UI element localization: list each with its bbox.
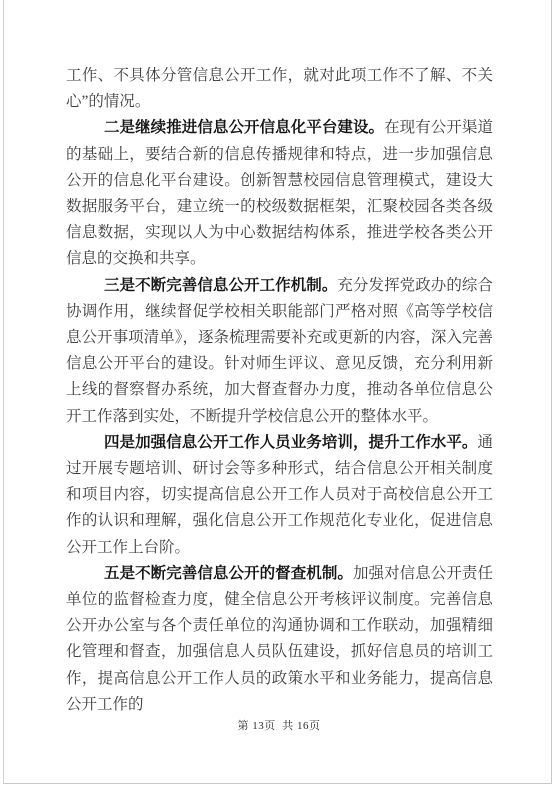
page-footer: 第 13页 共 16页 (0, 716, 558, 734)
paragraph: 四是加强信息公开工作人员业务培训，提升工作水平。通过开展专题培训、研讨会等多种形… (66, 430, 493, 561)
heading-run: 三是不断完善信息公开工作机制。 (104, 277, 337, 294)
text-run: 在现有公开渠道的基础上，要结合新的信息传播规律和特点，进一步加强信息公开的信息化… (66, 119, 493, 267)
heading-run: 二是继续推进信息公开信息化平台建设。 (104, 119, 384, 136)
text-run: 加强对信息公开责任单位的监督检查力度，健全信息公开考核评议制度。完善信息公开办公… (66, 565, 493, 713)
document-page: 工作、不具体分管信息公开工作，就对此项工作不了解、不关心”的情况。二是继续推进信… (0, 0, 558, 787)
page-number: 第 13页 共 16页 (238, 720, 321, 732)
text-run: 通过开展专题培训、研讨会等多种形式，结合信息公开相关制度和项目内容，切实提高信息… (66, 434, 493, 556)
paragraph: 二是继续推进信息公开信息化平台建设。在现有公开渠道的基础上，要结合新的信息传播规… (66, 115, 493, 272)
heading-run: 四是加强信息公开工作人员业务培训，提升工作水平。 (104, 434, 477, 451)
heading-run: 五是不断完善信息公开的督查机制。 (104, 565, 353, 582)
text-run: 充分发挥党政办的综合协调作用，继续督促学校相关职能部门严格对照《高等学校信息公开… (66, 277, 493, 425)
paragraph: 三是不断完善信息公开工作机制。充分发挥党政办的综合协调作用，继续督促学校相关职能… (66, 273, 493, 430)
text-run: 工作、不具体分管信息公开工作，就对此项工作不了解、不关心”的情况。 (66, 67, 493, 110)
paragraph: 五是不断完善信息公开的督查机制。加强对信息公开责任单位的监督检查力度，健全信息公… (66, 561, 493, 718)
document-body: 工作、不具体分管信息公开工作，就对此项工作不了解、不关心”的情况。二是继续推进信… (66, 63, 493, 718)
paragraph: 工作、不具体分管信息公开工作，就对此项工作不了解、不关心”的情况。 (66, 63, 493, 115)
